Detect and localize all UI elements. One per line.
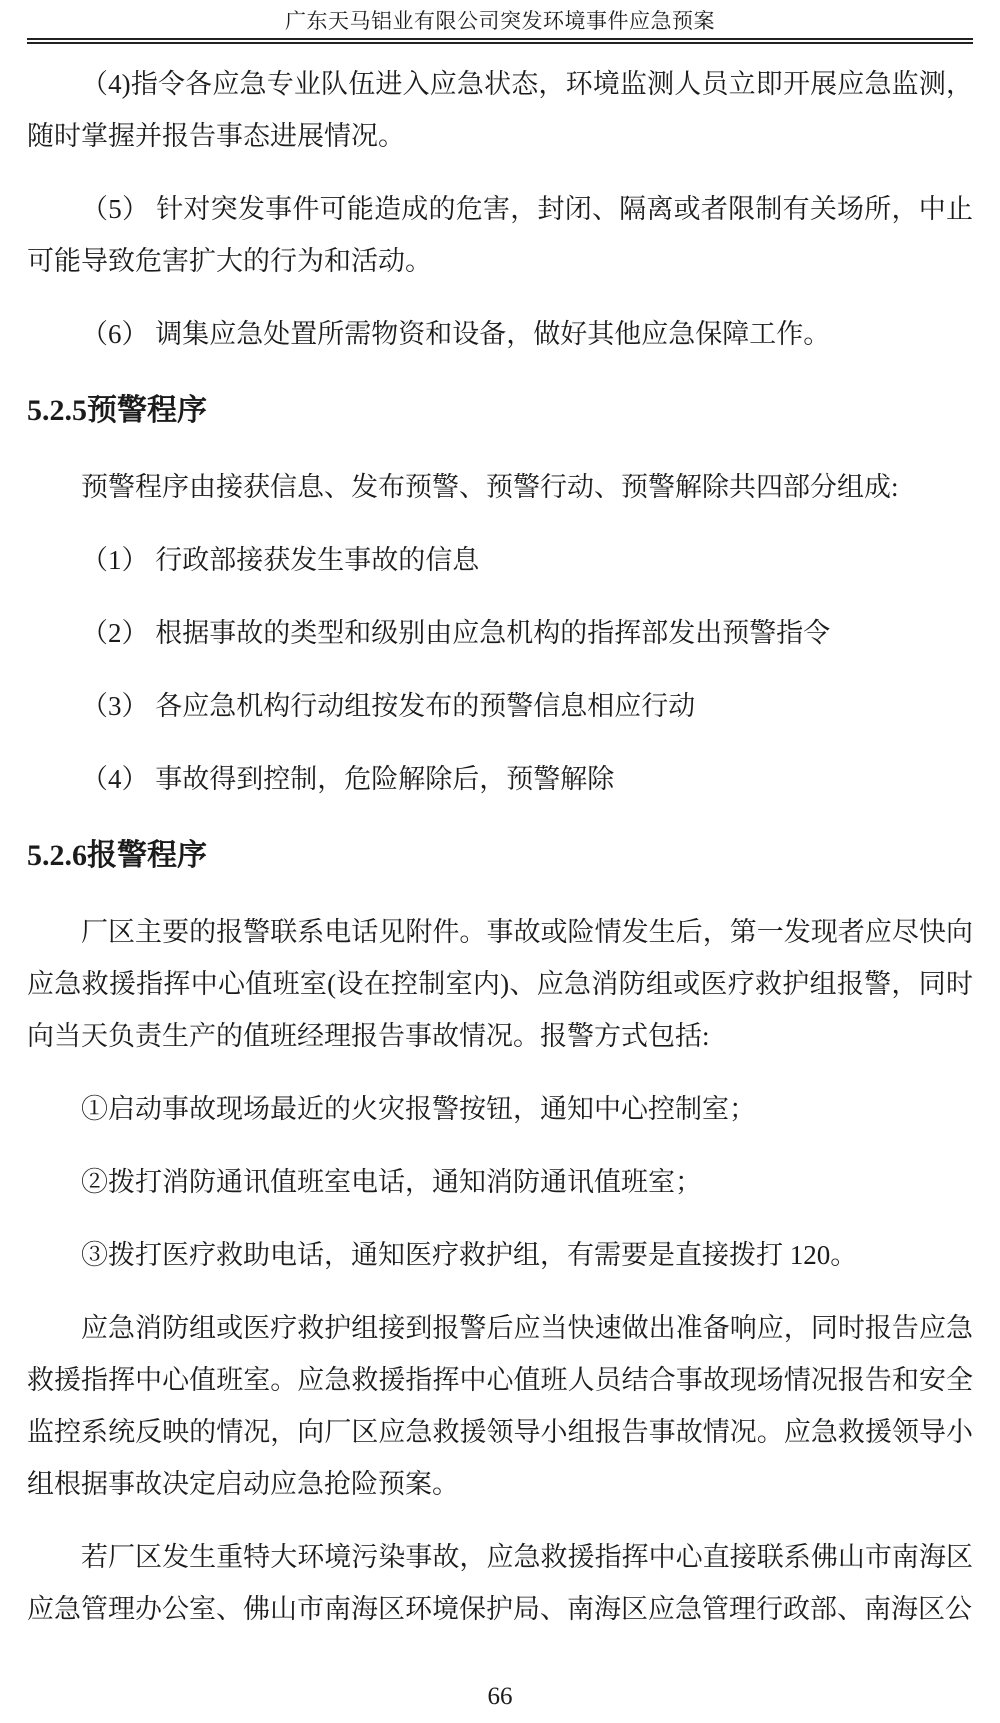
section-heading: 5.2.6报警程序: [27, 827, 973, 885]
body-paragraph: 若厂区发生重特大环境污染事故，应急救援指挥中心直接联系佛山市南海区应急管理办公室…: [27, 1531, 973, 1635]
page-footer: 66: [0, 1683, 1000, 1711]
list-item: （2） 根据事故的类型和级别由应急机构的指挥部发出预警指令: [27, 607, 973, 659]
list-item: （3） 各应急机构行动组按发布的预警信息相应行动: [27, 680, 973, 732]
body-paragraph: （6） 调集应急处置所需物资和设备，做好其他应急保障工作。: [27, 308, 973, 360]
list-item: ③拨打医疗救助电话，通知医疗救护组，有需要是直接拨打 120。: [27, 1229, 973, 1281]
list-item: （4） 事故得到控制，危险解除后，预警解除: [27, 753, 973, 805]
section-heading: 5.2.5预警程序: [27, 382, 973, 440]
body-paragraph: 应急消防组或医疗救护组接到报警后应当快速做出准备响应，同时报告应急救援指挥中心值…: [27, 1302, 973, 1510]
body-paragraph: （5） 针对突发事件可能造成的危害，封闭、隔离或者限制有关场所，中止可能导致危害…: [27, 183, 973, 287]
list-item: （1） 行政部接获发生事故的信息: [27, 534, 973, 586]
page-header: 广东天马铝业有限公司突发环境事件应急预案: [0, 0, 1000, 44]
header-rule: [27, 38, 973, 44]
document-body: （4)指令各应急专业队伍进入应急状态，环境监测人员立即开展应急监测，随时掌握并报…: [27, 58, 973, 1635]
list-item: ②拨打消防通讯值班室电话，通知消防通讯值班室；: [27, 1156, 973, 1208]
body-paragraph: 预警程序由接获信息、发布预警、预警行动、预警解除共四部分组成:: [27, 461, 973, 513]
page-number: 66: [488, 1683, 513, 1710]
body-paragraph: （4)指令各应急专业队伍进入应急状态，环境监测人员立即开展应急监测，随时掌握并报…: [27, 58, 973, 162]
document-page: 广东天马铝业有限公司突发环境事件应急预案 （4)指令各应急专业队伍进入应急状态，…: [0, 0, 1000, 1723]
header-title: 广东天马铝业有限公司突发环境事件应急预案: [0, 8, 1000, 34]
body-paragraph: 厂区主要的报警联系电话见附件。事故或险情发生后，第一发现者应尽快向应急救援指挥中…: [27, 906, 973, 1062]
list-item: ①启动事故现场最近的火灾报警按钮，通知中心控制室；: [27, 1083, 973, 1135]
